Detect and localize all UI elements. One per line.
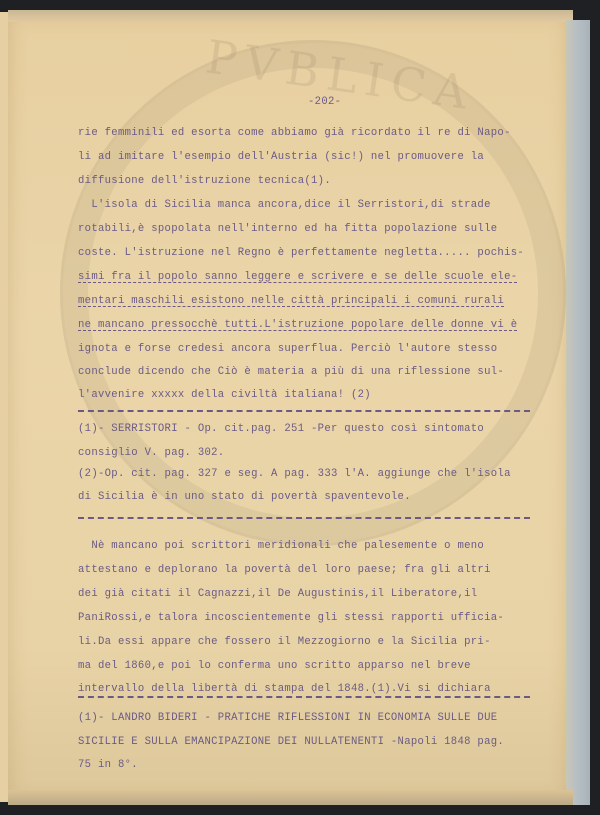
page-bottom-edge [8, 790, 573, 805]
text-line: intervallo della libertà di stampa del 1… [78, 683, 491, 695]
text-line: diffusione dell'istruzione tecnica(1). [78, 175, 331, 187]
text-line: rie femminili ed esorta come abbiamo già… [78, 127, 511, 139]
footnote-separator [78, 410, 530, 412]
text-line: li.Da essi appare che fossero il Mezzogi… [78, 636, 491, 648]
footnote-line: (1)- LANDRO BIDERI - PRATICHE RIFLESSION… [78, 712, 497, 724]
text-line: Nè mancano poi scrittori meridionali che… [78, 540, 484, 552]
text-line: ignota e forse credesi ancora superflua.… [78, 343, 497, 355]
text-line: coste. L'istruzione nel Regno è perfetta… [78, 247, 524, 259]
text-line: simi fra il popolo sanno leggere e scriv… [78, 271, 517, 283]
text-line: li ad imitare l'esempio dell'Austria (si… [78, 151, 484, 163]
paragraph-2: L'isola di Sicilia manca ancora,dice il … [78, 144, 538, 276]
footnote-line: SICILIE E SULLA EMANCIPAZIONE DEI NULLAT… [78, 736, 504, 748]
footnote-line: 75 in 8°. [78, 759, 138, 771]
text-line: attestano e deplorano la povertà del lor… [78, 564, 491, 576]
text-line: mentari maschili esistono nelle città pr… [78, 295, 504, 307]
text-line: dei già citati il Cagnazzi,il De Augusti… [78, 588, 477, 600]
footnote-separator [78, 696, 530, 698]
text-line: l'avvenire xxxxx della civiltà italiana!… [78, 389, 371, 401]
text-line: PaniRossi,e talora incoscientemente gli … [78, 612, 504, 624]
page-right-edge [566, 20, 590, 805]
typewritten-text: -202- rie femminili ed esorta come abbia… [78, 0, 538, 720]
footnote-separator [78, 517, 530, 519]
footnote-line: di Sicilia è in uno stato di povertà spa… [78, 491, 411, 503]
text-line: conclude dicendo che Ciò è materia a più… [78, 366, 504, 378]
footnote-line: consiglio V. pag. 302. [78, 447, 224, 459]
text-line: rotabili,è spopolata nell'interno ed ha … [78, 223, 497, 235]
scanned-document: PVBLICA -202- rie femminili ed esorta co… [0, 0, 600, 815]
page-number: -202- [308, 96, 341, 108]
footnote-line: (2)-Op. cit. pag. 327 e seg. A pag. 333 … [78, 468, 511, 480]
paragraph-3: Nè mancano poi scrittori meridionali che… [78, 468, 538, 576]
footnote-line: (1)- SERRISTORI - Op. cit.pag. 251 -Per … [78, 423, 484, 435]
text-line: ne mancano pressocchè tutti.L'istruzione… [78, 319, 517, 331]
text-line: ma del 1860,e poi lo conferma uno scritt… [78, 660, 471, 672]
text-line: L'isola di Sicilia manca ancora,dice il … [78, 199, 491, 211]
